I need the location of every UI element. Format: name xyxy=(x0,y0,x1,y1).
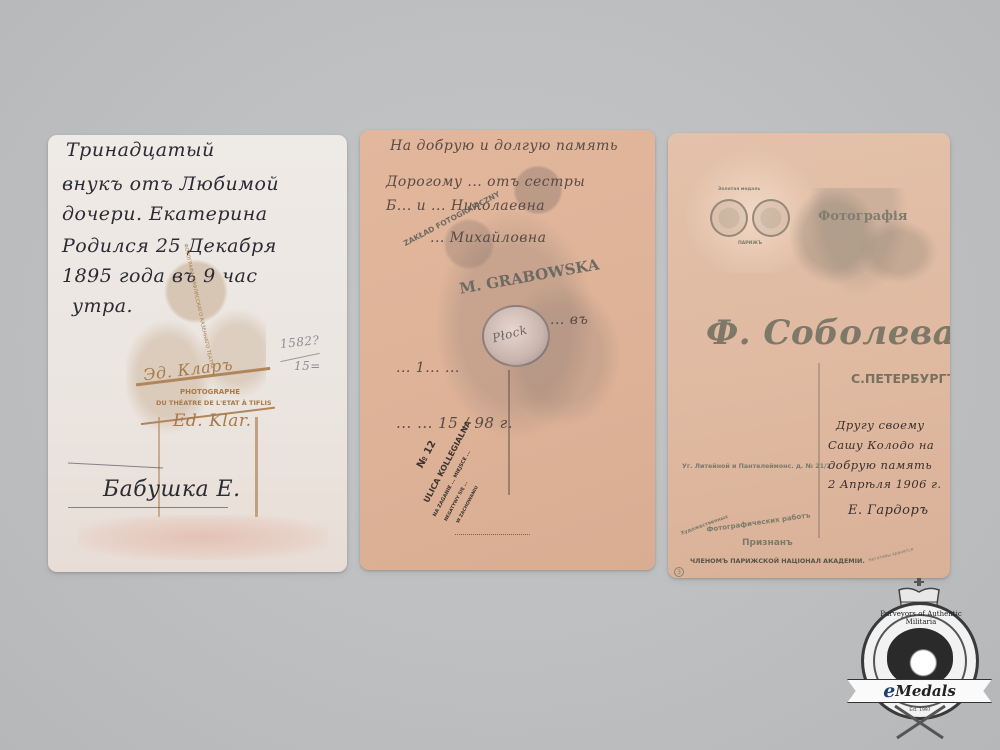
studio-name-latin: Ed. Klar. xyxy=(173,411,252,431)
inscription-line: Тринадцатый xyxy=(66,139,215,161)
studio-address: Уг. Литейной и Пантелеймонс. д. № 21/2 xyxy=(682,463,831,470)
signature: Е. Гардоръ xyxy=(848,503,929,518)
flower-stem xyxy=(508,370,510,495)
printer-line xyxy=(455,534,530,536)
crossed-swords-icon xyxy=(887,698,953,742)
medal-caption-bottom: ПАРИЖЪ xyxy=(738,241,762,246)
inscription-line: ... въ xyxy=(550,312,588,328)
emedals-watermark: Purveyors of Authentic Militaria e Medal… xyxy=(847,578,992,743)
paper-stain xyxy=(78,515,328,560)
inscription-line: утра. xyxy=(72,295,133,317)
pencil-note: 1582? xyxy=(279,333,320,351)
studio-photographe: PHOTOGRAPHE xyxy=(180,388,240,396)
inscription-line: дочери. Екатерина xyxy=(62,203,268,225)
inscription-line: Сашу Колодо на xyxy=(828,438,934,452)
pencil-note: 15= xyxy=(294,359,321,373)
inscription-line: Другу своему xyxy=(836,418,925,432)
inscription-line: ... Михайловна xyxy=(430,230,546,246)
watermark-motto: Purveyors of Authentic Militaria xyxy=(871,610,971,626)
cabinet-card-center: На добрую и долгую память Дорогому ... о… xyxy=(360,130,655,570)
inscription-line: ... ... 15 / 98 г. xyxy=(396,414,513,432)
award-line: Признанъ xyxy=(742,538,793,548)
rider-emblem xyxy=(887,628,953,686)
academy-footer: ЧЛЕНОМЪ ПАРИЖСКОЙ НАЦІОНАЛ АКАДЕМІИ. xyxy=(690,557,865,565)
studio-name: Ф. Соболева xyxy=(706,313,950,353)
cabinet-card-left: Тринадцатый внукъ отъ Любимой дочери. Ек… xyxy=(48,135,347,572)
inscription-line: На добрую и долгую память xyxy=(390,138,618,154)
cabinet-card-right: Золотая медаль ПАРИЖЪ Фотографія Ф. Собо… xyxy=(668,133,950,578)
medal-icon xyxy=(710,199,748,237)
inscription-line: Дорогому ... отъ сестры xyxy=(386,174,585,190)
inscription-line: 1895 года въ 9 час xyxy=(62,265,258,287)
inscription-line: добрую память xyxy=(828,458,932,472)
inscription-line: ... 1... ... xyxy=(396,360,460,376)
studio-theatre-line: DU THÉATRE DE L'ETAT À TIFLIS xyxy=(156,399,272,407)
underline xyxy=(68,507,228,508)
inscription-line: Родился 25 Декабря xyxy=(62,235,277,257)
medal-caption-top: Золотая медаль xyxy=(718,187,760,192)
inscription-line: 2 Апрѣля 1906 г. xyxy=(828,477,942,491)
studio-city: С.ПЕТЕРБУРГЪ xyxy=(851,371,950,386)
signature: Бабушка Е. xyxy=(103,477,241,502)
negative-stamp: Негативы хранятся xyxy=(868,547,914,563)
corner-mark: 3 xyxy=(674,567,684,577)
studio-panel xyxy=(158,417,258,517)
inscription-frame xyxy=(818,363,820,538)
inscription-line: внукъ отъ Любимой xyxy=(62,173,279,195)
